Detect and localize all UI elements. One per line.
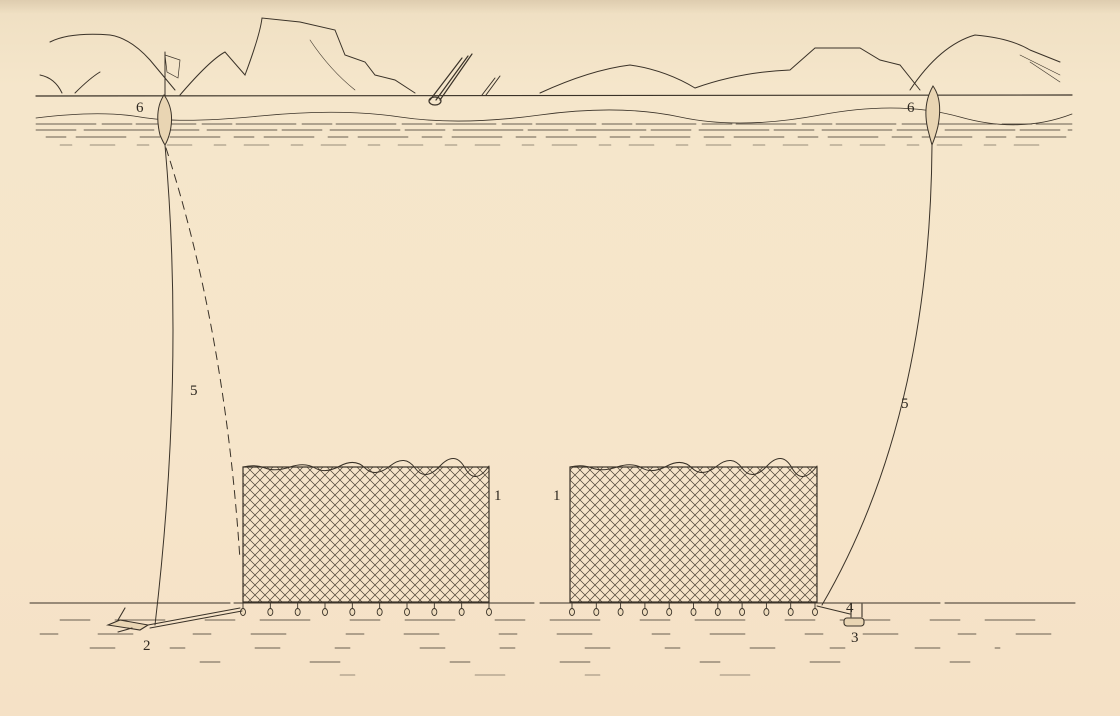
label-anchor-right: 3	[851, 630, 859, 646]
label-net-right: 1	[553, 488, 561, 504]
anchor-rope-left	[148, 608, 242, 628]
label-net-left: 1	[494, 488, 502, 504]
buoy-line-left	[155, 145, 240, 625]
label-buoy-line-right: 5	[901, 396, 909, 412]
coastline-mountains	[40, 18, 1060, 95]
sea-floor	[30, 603, 1080, 675]
label-buoy-right: 6	[907, 100, 915, 116]
buoy-left	[158, 52, 180, 145]
gillnet-left	[241, 458, 492, 615]
label-buoy-left: 6	[136, 100, 144, 116]
boat-icon	[429, 54, 472, 105]
label-anchor-left: 2	[143, 638, 151, 654]
gillnet-right	[570, 458, 818, 615]
boat-icon	[482, 76, 500, 95]
buoy-line-right	[822, 145, 932, 605]
label-buoy-line-left: 5	[190, 383, 198, 399]
sea-surface	[36, 95, 1072, 145]
illustration: 1 1 2 3 4 5 5 6 6	[0, 0, 1120, 716]
label-anchor-stake: 4	[846, 600, 854, 616]
gillnet-diagram: 1 1 2 3 4 5 5 6 6	[0, 0, 1120, 716]
